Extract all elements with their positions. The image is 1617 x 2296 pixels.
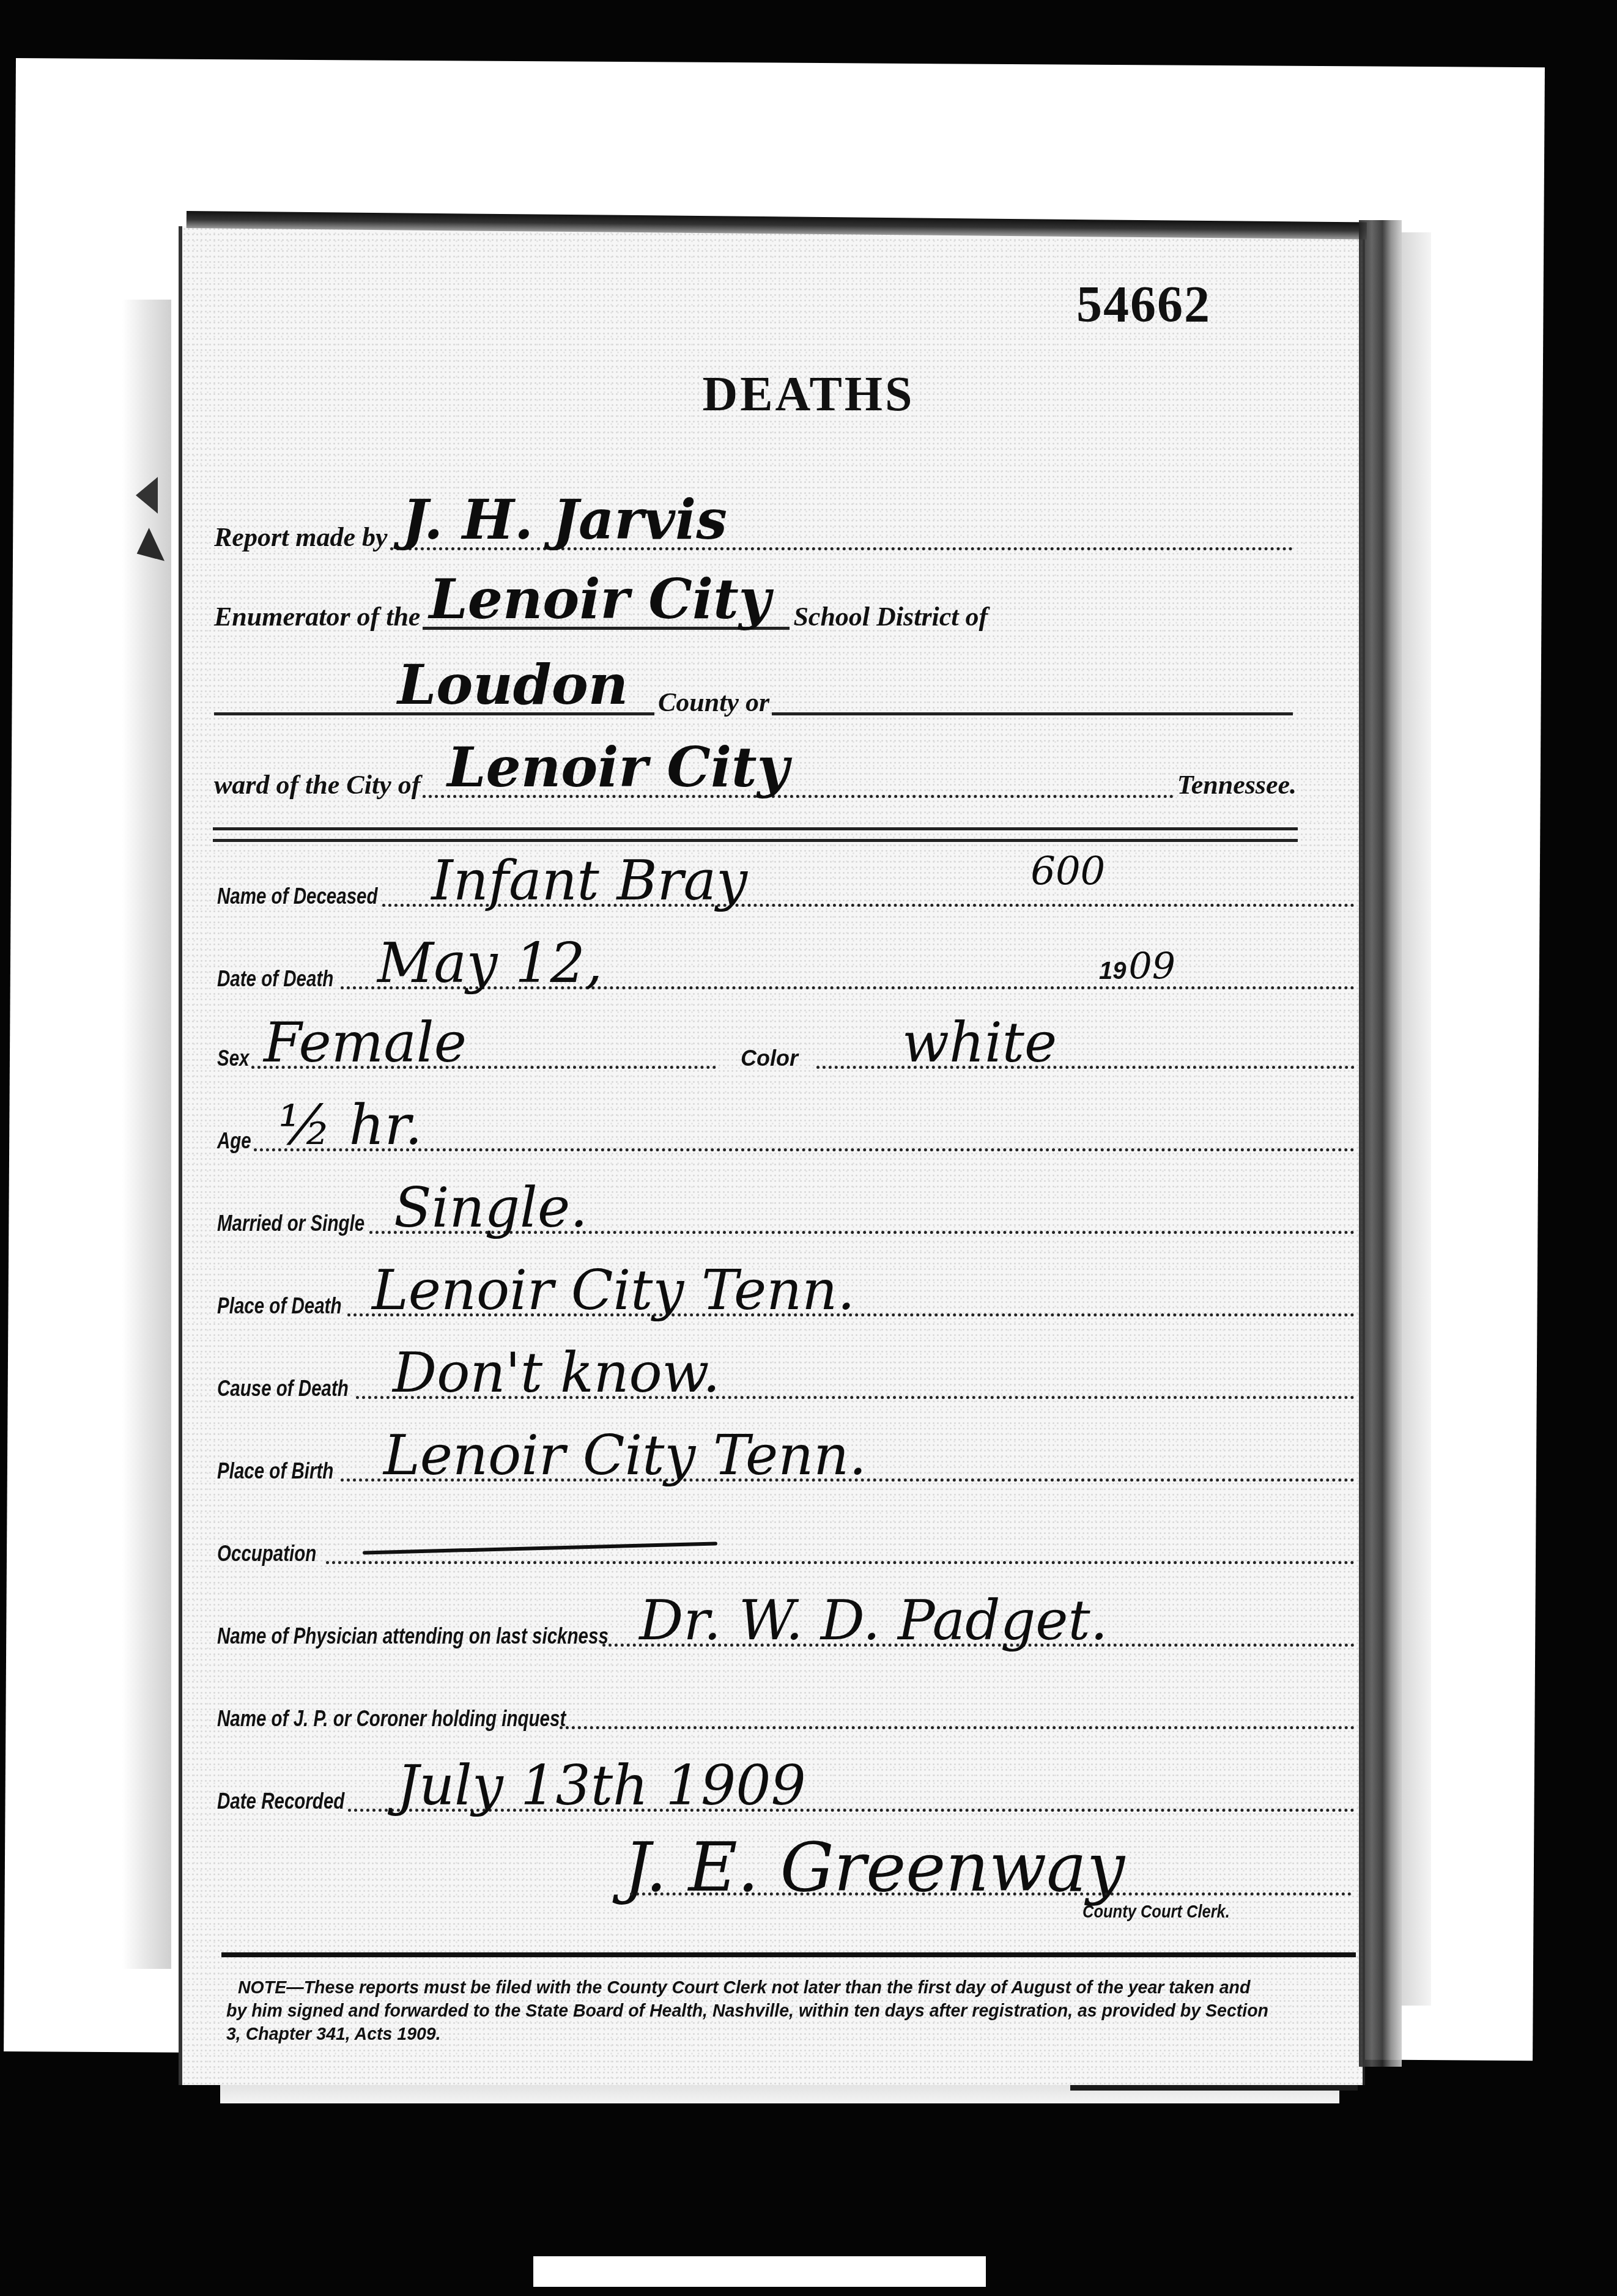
report-made-by-row: Report made by J. H. Jarvis: [214, 501, 1297, 556]
report-made-by-field: J. H. Jarvis: [390, 492, 1293, 550]
coroner-row: Name of J. P. or Coroner holding inquest: [217, 1669, 1355, 1737]
physician-row: Name of Physician attending on last sick…: [217, 1587, 1355, 1654]
enumerator-row: Enumerator of the Lenoir City School Dis…: [214, 581, 1297, 636]
sex-field: Female: [251, 999, 716, 1069]
binder-tabs: [136, 477, 158, 585]
color-label: Color: [716, 1046, 816, 1076]
cause-of-death-label: Cause of Death: [217, 1376, 349, 1406]
age-row: Age ½ hr.: [217, 1091, 1355, 1159]
place-of-death-field: Lenoir City Tenn.: [347, 1246, 1355, 1316]
state-label: Tennessee.: [1177, 769, 1297, 804]
occupation-row: Occupation: [217, 1504, 1355, 1571]
page-stack-right-edge: [1359, 220, 1402, 2067]
signature-line: [630, 1892, 1352, 1895]
ward-value: Lenoir City: [447, 740, 789, 795]
scan-footer-tab: [533, 2256, 986, 2287]
coroner-label: Name of J. P. or Coroner holding inquest: [217, 1706, 566, 1737]
place-of-birth-field: Lenoir City Tenn.: [341, 1411, 1355, 1482]
name-of-deceased-field: Infant Bray 600: [382, 836, 1355, 907]
name-of-deceased-value: Infant Bray: [431, 854, 747, 909]
page-title: DEATHS: [0, 367, 1617, 423]
married-or-single-value: Single.: [394, 1181, 588, 1236]
year-prefix: 19: [1099, 958, 1127, 984]
place-of-death-label: Place of Death: [217, 1293, 341, 1324]
ward-field: Lenoir City: [423, 740, 1174, 798]
place-of-birth-value: Lenoir City Tenn.: [383, 1428, 867, 1483]
name-annotation: 600: [1031, 852, 1105, 891]
sex-color-row: Sex Female Color white: [217, 1009, 1355, 1076]
place-of-death-row: Place of Death Lenoir City Tenn.: [217, 1257, 1355, 1324]
county-label: County or: [658, 687, 769, 722]
serial-number: 54662: [1076, 275, 1211, 334]
color-value: white: [902, 1016, 1057, 1071]
enumerator-value: Lenoir City: [429, 572, 771, 627]
physician-value: Dr. W. D. Padget.: [639, 1593, 1108, 1648]
date-recorded-label: Date Recorded: [217, 1788, 344, 1819]
sex-value: Female: [264, 1016, 467, 1071]
occupation-field: [326, 1494, 1355, 1564]
cause-of-death-row: Cause of Death Don't know.: [217, 1339, 1355, 1406]
date-of-death-row: Date of Death May 12, 19 09: [217, 929, 1355, 997]
enumerator-field: Lenoir City: [423, 572, 790, 630]
report-made-by-label: Report made by: [214, 522, 388, 556]
name-of-deceased-label: Name of Deceased: [217, 884, 378, 914]
date-recorded-value: July 13th 1909: [397, 1759, 806, 1814]
year-field: 19 09: [1099, 948, 1175, 985]
place-of-death-value: Lenoir City Tenn.: [372, 1263, 855, 1318]
name-of-deceased-row: Name of Deceased Infant Bray 600: [217, 847, 1355, 914]
date-recorded-row: Date Recorded July 13th 1909: [217, 1752, 1355, 1819]
clerk-title: County Court Clerk.: [1082, 1902, 1230, 1922]
enumerator-label: Enumerator of the: [214, 601, 420, 636]
age-label: Age: [217, 1128, 251, 1159]
report-made-by-value: J. H. Jarvis: [402, 492, 727, 547]
place-of-birth-label: Place of Birth: [217, 1458, 333, 1489]
date-of-death-field: May 12, 19 09: [341, 919, 1355, 989]
place-of-birth-row: Place of Birth Lenoir City Tenn.: [217, 1422, 1355, 1489]
county-row: Loudon County or: [214, 666, 1297, 722]
county-or-field: [772, 657, 1293, 715]
date-of-death-label: Date of Death: [217, 966, 333, 997]
date-of-death-value: May 12,: [377, 936, 602, 991]
sex-label: Sex: [217, 1046, 250, 1076]
coroner-field: [560, 1659, 1355, 1729]
page-stack-ghost-edge: [1401, 232, 1431, 2006]
date-recorded-field: July 13th 1909: [348, 1741, 1355, 1812]
married-or-single-row: Married or Single Single.: [217, 1174, 1355, 1241]
married-or-single-label: Married or Single: [217, 1211, 364, 1241]
color-field: white: [816, 999, 1355, 1069]
footer-divider: [221, 1952, 1356, 1957]
cause-of-death-value: Don't know.: [393, 1346, 720, 1401]
ward-label: ward of the City of: [214, 769, 420, 804]
ward-row: ward of the City of Lenoir City Tennesse…: [214, 749, 1297, 804]
occupation-dash: [363, 1541, 717, 1554]
cause-of-death-field: Don't know.: [356, 1329, 1355, 1399]
school-district-label: School District of: [793, 601, 988, 636]
filing-note: NOTE—These reports must be filed with th…: [226, 1976, 1272, 2046]
county-value: Loudon: [398, 657, 628, 712]
age-value: ½ hr.: [278, 1098, 423, 1153]
occupation-label: Occupation: [217, 1541, 316, 1571]
physician-label: Name of Physician attending on last sick…: [217, 1623, 609, 1654]
county-field: Loudon: [214, 657, 654, 715]
age-field: ½ hr.: [254, 1081, 1355, 1151]
binder-tab-arrow-icon: [136, 477, 158, 514]
year-suffix: 09: [1129, 945, 1175, 988]
married-or-single-field: Single.: [369, 1164, 1355, 1234]
physician-field: Dr. W. D. Padget.: [602, 1576, 1355, 1647]
